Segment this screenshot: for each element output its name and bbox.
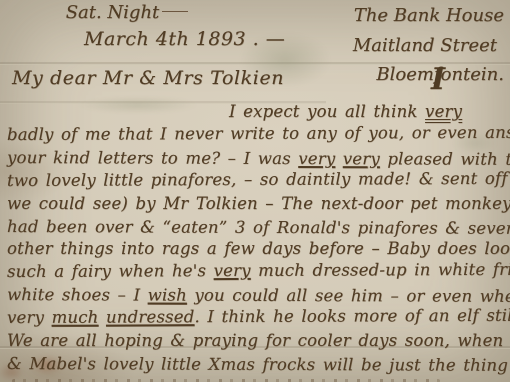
line-text bbox=[335, 149, 343, 168]
underlined-word: very bbox=[298, 149, 335, 168]
date-day-text: Sat. Night bbox=[66, 2, 160, 23]
line-text: we could see) by Mr Tolkien – The next-d… bbox=[7, 194, 510, 213]
line-text: you could all see him – or even when he'… bbox=[187, 286, 510, 306]
underlined-word: undressed bbox=[106, 307, 195, 326]
address-line-house: The Bank House bbox=[353, 1, 504, 31]
line-text: pleased with the bbox=[380, 149, 510, 169]
line-text: We are all hoping & praying for cooler d… bbox=[7, 331, 510, 350]
line-text: your kind letters to me? – I was bbox=[7, 148, 298, 168]
letter-line: I expect you all think very bbox=[7, 101, 507, 124]
address-line-street: Maitland Street bbox=[353, 31, 497, 61]
pen-flourish-dash bbox=[162, 11, 188, 12]
letter-line: such a fairy when he's very much dressed… bbox=[7, 259, 507, 284]
line-text: such a fairy when he's bbox=[7, 261, 214, 281]
line-text: badly of me that I never write to any of… bbox=[7, 123, 510, 144]
date-line-day: Sat. Night bbox=[52, 2, 202, 23]
underlined-word: very bbox=[343, 149, 380, 168]
underlined-word: wish bbox=[148, 286, 187, 305]
letter-line: very much undressed. I think he looks mo… bbox=[7, 305, 507, 330]
underlined-word: very bbox=[425, 102, 462, 121]
line-text: much dressed-up in white frills & bbox=[251, 260, 510, 280]
letter-line: We are all hoping & praying for cooler d… bbox=[7, 330, 507, 353]
line-text: white shoes – I bbox=[7, 285, 148, 304]
date-line-full: March 4th 1893 . — bbox=[84, 28, 285, 50]
underlined-word: much bbox=[52, 308, 99, 327]
letter-line: other things into rags a few days before… bbox=[7, 238, 507, 261]
line-text: other things into rags a few days before… bbox=[7, 239, 510, 258]
letter-photograph: Sat. Night March 4th 1893 . — The Bank H… bbox=[0, 0, 510, 382]
flourished-initial: I bbox=[431, 62, 445, 97]
letter-line: had been over & “eaten” 3 of Ronald's pi… bbox=[7, 216, 507, 241]
line-text: two lovely little pinafores, – so dainti… bbox=[7, 168, 510, 189]
letter-line: two lovely little pinafores, – so dainti… bbox=[7, 168, 507, 193]
letter-body: I expect you all think verybadly of me t… bbox=[7, 101, 507, 376]
address-line-city: Bloemfontein. bbox=[353, 60, 504, 90]
letter-line: we could see) by Mr Tolkien – The next-d… bbox=[7, 193, 507, 216]
line-text: . I think he looks more of an elf still.… bbox=[194, 306, 510, 327]
line-text: I expect you all think bbox=[229, 102, 425, 121]
line-text: & Mabel's lovely little Xmas frocks will… bbox=[7, 354, 508, 375]
letter-line: badly of me that I never write to any of… bbox=[7, 122, 507, 147]
line-text bbox=[98, 308, 106, 327]
line-text: very bbox=[7, 308, 52, 327]
line-text: had been over & “eaten” 3 of Ronald's pi… bbox=[7, 217, 510, 238]
salutation: My dear Mr & Mrs Tolkien bbox=[12, 67, 284, 89]
letter-line: & Mabel's lovely little Xmas frocks will… bbox=[7, 353, 507, 378]
sender-address: The Bank House Maitland Street Bloemfont… bbox=[353, 1, 504, 90]
underlined-word: very bbox=[214, 261, 251, 280]
